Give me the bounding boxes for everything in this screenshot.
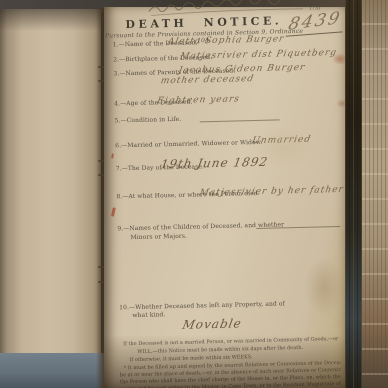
field-value-day-of-decease: 19th June 1892 <box>159 155 269 172</box>
field-label-property-line2: what kind. <box>132 311 165 319</box>
field-label-property: 10.—Whether Deceased has left any Proper… <box>119 300 285 311</box>
field-value-property: Movable <box>181 316 243 332</box>
field-label-marital: 6.—Married or Unmarried, Widower or Wido… <box>115 139 262 150</box>
field-value-marital: Unmarried <box>251 135 312 146</box>
table-surface <box>0 353 110 388</box>
field-value-parents-line2: mother deceased <box>160 74 255 86</box>
field-value-age: Eighteen years <box>156 94 240 106</box>
margin-red-mark <box>111 153 114 158</box>
field-value-birthplace: Matjesrivier dist Piquetberg <box>179 48 338 62</box>
blank-facing-page <box>0 9 101 355</box>
field-label-children: 9.—Names of the Children of Deceased, an… <box>117 221 284 232</box>
field-label-children-line2: Minors or Majors. <box>130 233 187 241</box>
margin-red-mark <box>111 207 116 216</box>
field-value-place-of-death: Matjesrivier by her father <box>199 185 345 199</box>
book-page-stack-edge <box>362 0 388 388</box>
field-value-name: Aletta Sophia Burger <box>167 34 285 47</box>
blank-answer-line <box>200 119 280 122</box>
page-edges-shadow-band <box>345 0 362 388</box>
field-label-condition: 5.—Condition in Life. <box>115 116 182 125</box>
death-notice-page: (75) 8439 DEATH NOTICE. Pursuant to the … <box>104 7 347 388</box>
photograph-of-register: (75) 8439 DEATH NOTICE. Pursuant to the … <box>0 0 388 388</box>
death-notice-form: (75) 8439 DEATH NOTICE. Pursuant to the … <box>99 2 351 388</box>
